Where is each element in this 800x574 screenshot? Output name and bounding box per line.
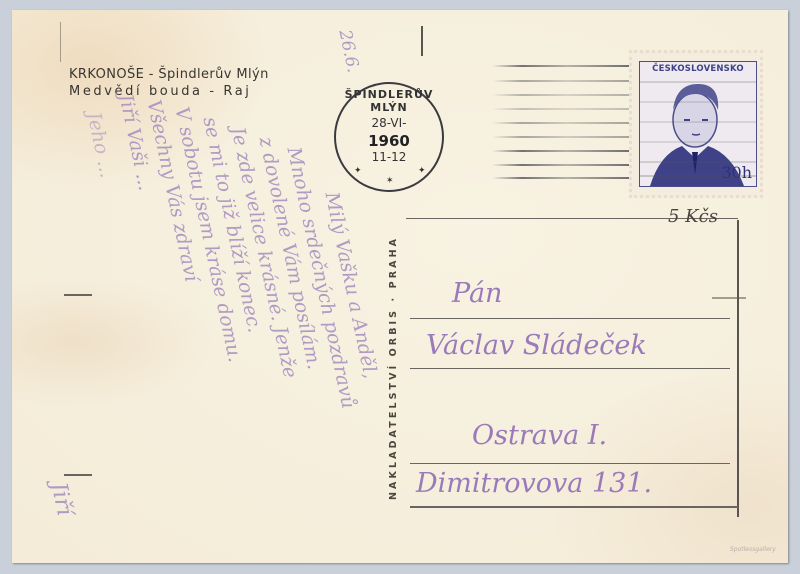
- address-line-1: [410, 318, 730, 319]
- message-signature: Jiří: [46, 480, 77, 518]
- postcard-caption: KRKONOŠE - Špindlerův Mlýn Medvědí bouda…: [69, 66, 269, 100]
- postmark: ŠPINDLERŮV MLÝN 28-VI- 1960 11-12 ✦ ✶ ✦: [334, 82, 444, 192]
- message-date: 26.6.: [334, 28, 363, 74]
- address-city: Ostrava I.: [472, 420, 607, 451]
- address-line-2: [410, 368, 730, 369]
- caption-line-1: KRKONOŠE - Špindlerův Mlýn: [69, 66, 269, 83]
- star-icon: ✦: [418, 166, 426, 176]
- cancel-line: [492, 94, 642, 96]
- postmark-time: 11-12: [336, 150, 442, 164]
- address-street: Dimitrovova 131.: [416, 468, 652, 499]
- top-divider-mark: [421, 26, 423, 56]
- watermark: Spotlessgallery: [730, 546, 776, 553]
- cancel-line: [492, 122, 642, 124]
- stamp-frame: ČESKOSLOVENSKO 30h: [639, 61, 757, 187]
- caption-line-2: Medvědí bouda - Raj: [69, 83, 269, 100]
- postmark-date: 28-VI-: [336, 116, 442, 130]
- cancel-line: [492, 150, 642, 152]
- star-icon: ✦: [354, 166, 362, 176]
- star-icon: ✶: [386, 176, 394, 186]
- right-mark: [712, 297, 746, 299]
- address-name: Václav Sládeček: [426, 330, 647, 361]
- address-salutation: Pán: [452, 278, 502, 309]
- address-line-3: [410, 463, 730, 464]
- publisher-text: NAKLADATELSTVÍ ORBIS · PRAHA: [383, 218, 405, 500]
- price-note: 5 Kčs: [668, 206, 718, 227]
- left-mark-2: [64, 474, 92, 476]
- left-mark-1: [64, 294, 92, 296]
- cancel-line: [492, 136, 642, 138]
- message-line: Jeho ...: [82, 110, 117, 180]
- cancel-line: [492, 164, 642, 166]
- cancel-line: [492, 177, 642, 179]
- address-right-border: [737, 220, 739, 517]
- cancel-line: [492, 65, 642, 67]
- postmark-town: ŠPINDLERŮV MLÝN: [336, 88, 442, 114]
- postmark-year: 1960: [336, 132, 442, 150]
- postage-stamp: ČESKOSLOVENSKO 30h: [629, 50, 763, 198]
- corner-mark: [60, 22, 61, 62]
- cancel-line: [492, 108, 642, 110]
- postcard: KRKONOŠE - Špindlerův Mlýn Medvědí bouda…: [12, 10, 788, 563]
- cancel-line: [492, 80, 642, 82]
- stamp-value: 30h: [721, 163, 752, 182]
- address-line-4: [410, 506, 738, 508]
